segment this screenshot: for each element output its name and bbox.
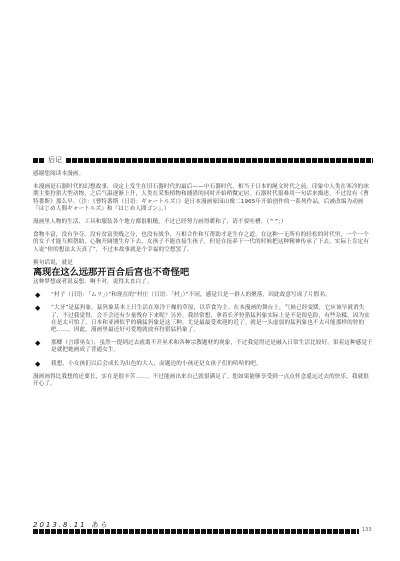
note-item: ◆ “大牙”是猛犸象。猛犸象基本上只生活在寒冷干燥的草原，以草食为主。在本漫画的…	[33, 305, 373, 334]
header-square-icon	[33, 158, 38, 163]
diamond-bullet-icon: ◆	[33, 305, 51, 334]
world-paragraph: 食物丰富，没有争夺，没有贫富贵贱之分，也没有战争，互相合作和互帮助才是生存之道。…	[33, 232, 373, 254]
diamond-bullet-icon: ◆	[33, 361, 51, 368]
note-text: 我想，小女孩们以后会成长为出色的大人，而题边的小孩还是女孩子们的哈哈的吧。	[51, 361, 373, 368]
diamond-bullet-icon: ◆	[33, 340, 51, 354]
page-number: 133	[362, 527, 372, 533]
note-item: ◆ “村子（日语：「ムラ」）”和现在的“村庄（日语：「村」）”不同，感觉只是一群…	[33, 292, 373, 299]
intro-paragraph: 本漫画是石器时代的幻想故事，设定上发生在旧石器时代的最后——中石器时代，相当于日…	[33, 184, 373, 213]
header-divider	[66, 158, 373, 163]
section-title: 后记	[48, 155, 62, 165]
diamond-bullet-icon: ◆	[33, 292, 51, 299]
header-square-icon	[39, 158, 44, 163]
footer-divider	[33, 529, 359, 534]
headline: 离现在这么远那开百合后宫也不奇怪吧	[33, 267, 373, 279]
note-item: ◆ 那榔（言耶巫女），虽然一提到过去就离不开巫术和各种宗教题材的现象，不过我觉得…	[33, 340, 373, 354]
note-text: “大牙”是猛犸象。猛犸象基本上只生活在寒冷干燥的草原，以草食为主。在本漫画的舞台…	[51, 305, 373, 334]
lead-in-text: 换句话说，就是	[33, 260, 373, 267]
note-item: ◆ 我想，小女孩们以后会成长为出色的大人，而题边的小孩还是女孩子们的哈哈的吧。	[33, 361, 373, 368]
setting-paragraph: 漫画里人物的生活、工具和服装各个地方都很粗糙，不过已经努力画得暖和了，请不要吐槽…	[33, 219, 373, 226]
afterword-page: 后记 感谢您阅读本漫画。 本漫画是石器时代的幻想故事，设定上发生在旧石器时代的最…	[33, 155, 373, 388]
note-text: “村子（日语：「ムラ」）”和现在的“村庄（日语：「村」）”不同，感觉只是一群人的…	[51, 292, 373, 299]
note-text: 那榔（言耶巫女），虽然一提到过去就离不开巫术和各种宗教题材的现象，不过我觉得还是…	[51, 340, 373, 354]
headline-sub: 这种梦想或者说妄想。啊不对，说得太直白了。	[33, 279, 373, 286]
section-header: 后记	[33, 155, 373, 165]
thanks-paragraph: 感谢您阅读本漫画。	[33, 171, 373, 178]
closing-paragraph: 漫画画得比我想的还要长，实在是很辛苦……。不过能画出来自己就很满足了。您如果能够…	[33, 374, 373, 388]
